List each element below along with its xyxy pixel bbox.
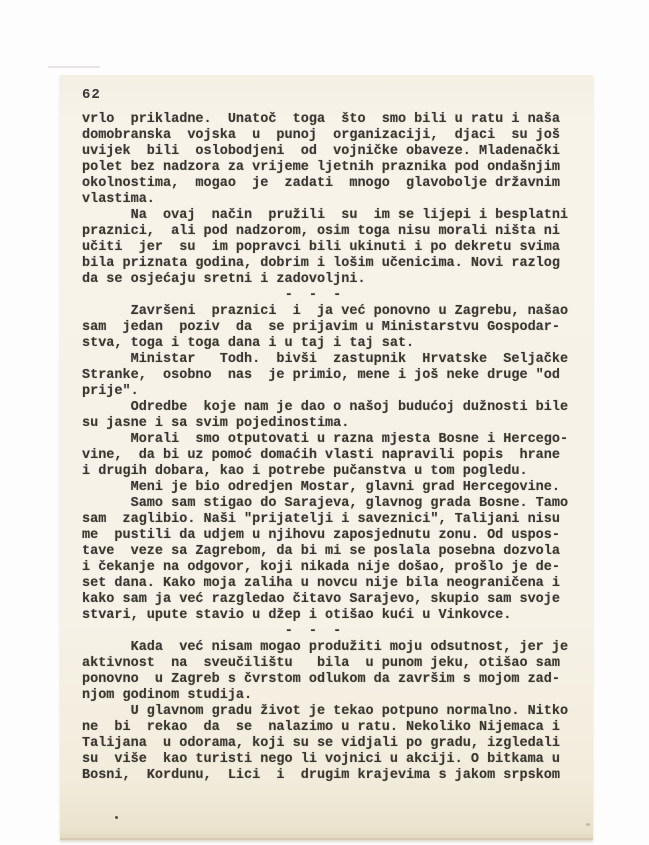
scanned-page-background: 62 vrlo prikladne. Unatoč toga što smo b… bbox=[0, 0, 649, 845]
section-separator: - - - bbox=[82, 624, 578, 640]
text-line: Talijana u odorama, koji su se vidjali p… bbox=[82, 736, 578, 752]
text-line: Odredbe koje nam je dao o našoj budućoj … bbox=[82, 400, 578, 416]
text-line: sam jedan poziv da se prijavim u Minista… bbox=[82, 320, 578, 336]
text-line: stvari, upute stavio u džep i otišao kuć… bbox=[82, 608, 578, 624]
text-line: Na ovaj način pružili su im se lijepi i … bbox=[82, 208, 578, 224]
text-line: praznici, ali pod nadzorom, osim toga ni… bbox=[82, 224, 578, 240]
text-line: Meni je bio odredjen Mostar, glavni grad… bbox=[82, 480, 578, 496]
text-line: domobranska vojska u punoj organizaciji,… bbox=[82, 128, 578, 144]
text-line: prije". bbox=[82, 384, 578, 400]
page-number: 62 bbox=[82, 87, 101, 103]
text-line: sam zaglibio. Naši "prijatelji i savezni… bbox=[82, 512, 578, 528]
text-line: i čekanje na odgovor, koji nikada nije d… bbox=[82, 560, 578, 576]
text-line: okolnostima, mogao je zadati mnogo glavo… bbox=[82, 176, 578, 192]
text-line: set dana. Kako moja zaliha u novcu nije … bbox=[82, 576, 578, 592]
page-text: vrlo prikladne. Unatoč toga što smo bili… bbox=[82, 112, 578, 784]
text-line: uvijek bili oslobodjeni od vojničke obav… bbox=[82, 144, 578, 160]
text-line: ponovno u Zagreb s čvrstom odlukom da za… bbox=[82, 672, 578, 688]
text-line: vrlo prikladne. Unatoč toga što smo bili… bbox=[82, 112, 578, 128]
text-line: njom godinom studija. bbox=[82, 688, 578, 704]
text-line: da se osjećaju sretni i zadovoljni. bbox=[82, 272, 578, 288]
text-line: kako sam ja već razgledao čitavo Sarajev… bbox=[82, 592, 578, 608]
text-line: su više kao turisti nego li vojnici u ak… bbox=[82, 752, 578, 768]
text-line: ne bi rekao da se nalazimo u ratu. Nekol… bbox=[82, 720, 578, 736]
scan-artifact-streak bbox=[48, 66, 100, 68]
section-separator: - - - bbox=[82, 288, 578, 304]
text-line: stva, toga i toga dana i u taj i taj sat… bbox=[82, 336, 578, 352]
smudge-artifact bbox=[586, 823, 590, 826]
text-line: i drugih dobara, kao i potrebe pučanstva… bbox=[82, 464, 578, 480]
text-line: Završeni praznici i ja već ponovno u Zag… bbox=[82, 304, 578, 320]
text-line: Morali smo otputovati u razna mjesta Bos… bbox=[82, 432, 578, 448]
text-line: vine, da bi uz pomoć domaćih vlasti napr… bbox=[82, 448, 578, 464]
text-line: Ministar Todh. bivši zastupnik Hrvatske … bbox=[82, 352, 578, 368]
text-line: aktivnost na sveučilištu bila u punom je… bbox=[82, 656, 578, 672]
text-line: me pustili da udjem u njihovu zaposjednu… bbox=[82, 528, 578, 544]
text-line: U glavnom gradu život je tekao potpuno n… bbox=[82, 704, 578, 720]
text-line: bila priznata godina, dobrim i lošim uče… bbox=[82, 256, 578, 272]
text-line: tave veze sa Zagrebom, da bi mi se posla… bbox=[82, 544, 578, 560]
ink-spot-artifact bbox=[115, 816, 118, 819]
text-line: su jasne i sa svim pojedinostima. bbox=[82, 416, 578, 432]
text-line: Bosni, Kordunu, Lici i drugim krajevima … bbox=[82, 768, 578, 784]
text-line: vlastima. bbox=[82, 192, 578, 208]
text-line: Samo sam stigao do Sarajeva, glavnog gra… bbox=[82, 496, 578, 512]
text-line: Stranke, osobno nas je primio, mene i jo… bbox=[82, 368, 578, 384]
text-line: polet bez nadzora za vrijeme ljetnih pra… bbox=[82, 160, 578, 176]
text-line: učiti jer su im popravci bili ukinuti i … bbox=[82, 240, 578, 256]
text-line: Kada već nisam mogao produžiti moju odsu… bbox=[82, 640, 578, 656]
document-page: 62 vrlo prikladne. Unatoč toga što smo b… bbox=[60, 75, 593, 840]
